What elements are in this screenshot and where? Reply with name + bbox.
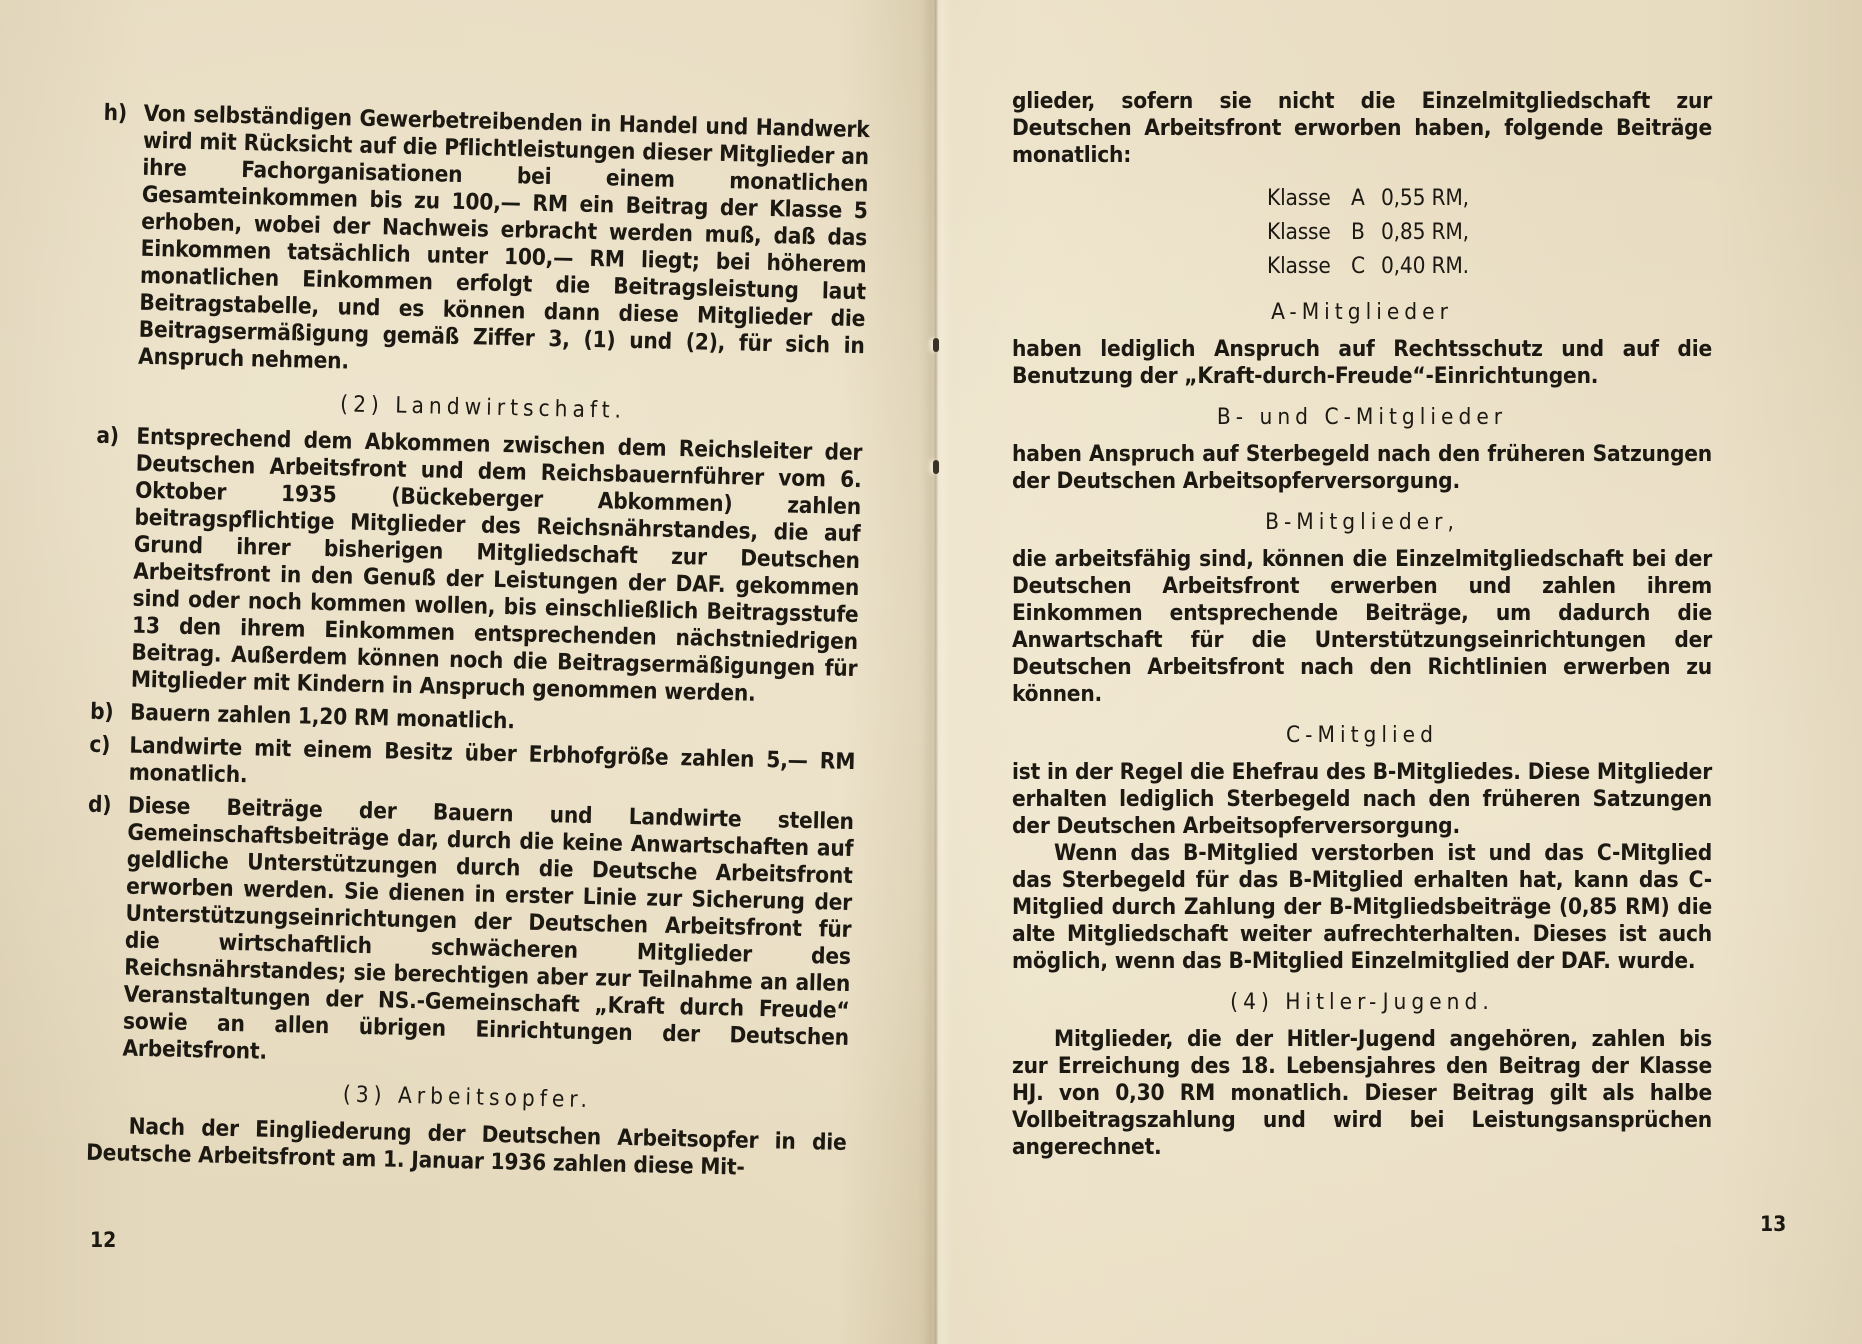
section-heading-b-mitglieder: B-Mitglieder, — [1012, 509, 1712, 536]
list-item-a: a) Entsprechend dem Abkommen zwischen de… — [97, 423, 863, 710]
section-heading-hitler-jugend: (4) Hitler-Jugend. — [1012, 989, 1712, 1016]
paragraph-bc-mitglieder: haben Anspruch auf Sterbegeld nach den f… — [1012, 441, 1712, 495]
fee-amount: 0,55 RM, — [1381, 185, 1501, 212]
item-text: Entsprechend dem Abkommen zwischen dem R… — [131, 424, 863, 707]
list-item-c: c) Landwirte mit einem Besitz über Erbho… — [94, 732, 855, 803]
item-text: Landwirte mit einem Besitz über Erbhofgr… — [128, 733, 855, 789]
fee-row: Klasse C 0,40 RM. — [1267, 249, 1712, 283]
paragraph-c-mitglied: ist in der Regel die Ehefrau des B-Mitgl… — [1012, 759, 1712, 840]
section-heading-bc-mitglieder: B- und C-Mitglieder — [1012, 404, 1712, 431]
fee-label: Klasse — [1267, 219, 1351, 246]
paragraph-c-mitglied-sterbegeld: Wenn das B-Mitglied verstorben ist und d… — [1012, 840, 1712, 975]
staple-icon — [933, 338, 939, 352]
fee-class: B — [1351, 219, 1381, 246]
paragraph-b-mitglieder: die arbeitsfähig sind, können die Einzel… — [1012, 546, 1712, 708]
left-page-text: h) Von selbständigen Gewerbetreibenden i… — [86, 100, 870, 1184]
booklet-spread: h) Von selbständigen Gewerbetreibenden i… — [0, 0, 1862, 1344]
paragraph-a-mitglieder: haben lediglich Anspruch auf Rechtsschut… — [1012, 336, 1712, 390]
section-heading-arbeitsopfer: (3) Arbeitsopfer. — [87, 1076, 847, 1120]
paragraph-hitler-jugend: Mitglieder, die der Hitler-Jugend angehö… — [1012, 1026, 1712, 1161]
item-text: Diese Beiträge der Bauern und Landwirte … — [122, 793, 854, 1065]
left-page: h) Von selbständigen Gewerbetreibenden i… — [0, 0, 930, 1344]
staple-icon — [933, 460, 939, 474]
right-page-text: glieder, sofern sie nicht die Einzelmitg… — [1012, 88, 1712, 1161]
fee-class: C — [1351, 253, 1381, 280]
item-text: Bauern zahlen 1,20 RM monatlich. — [130, 700, 515, 735]
fee-label: Klasse — [1267, 185, 1351, 212]
item-marker: h) — [103, 100, 127, 128]
list-item-h: h) Von selbständigen Gewerbetreibenden i… — [104, 100, 870, 387]
paragraph-continuation: glieder, sofern sie nicht die Einzelmitg… — [1012, 88, 1712, 169]
section-heading-landwirtschaft: (2) Landwirtschaft. — [103, 386, 863, 430]
item-marker: a) — [96, 423, 119, 451]
item-marker: b) — [90, 699, 114, 727]
page-number: 12 — [90, 1228, 116, 1252]
fee-amount: 0,85 RM, — [1381, 219, 1501, 246]
paragraph-arbeitsopfer: Nach der Eingliederung der Deutschen Arb… — [86, 1113, 847, 1184]
fee-row: Klasse B 0,85 RM, — [1267, 215, 1712, 249]
right-page: glieder, sofern sie nicht die Einzelmitg… — [940, 0, 1862, 1344]
list-item-d: d) Diese Beiträge der Bauern und Landwir… — [88, 792, 854, 1079]
item-marker: c) — [89, 732, 110, 759]
fee-table: Klasse A 0,55 RM, Klasse B 0,85 RM, Klas… — [1267, 181, 1712, 283]
fee-class: A — [1351, 185, 1381, 212]
fee-amount: 0,40 RM. — [1381, 253, 1501, 280]
fee-label: Klasse — [1267, 253, 1351, 280]
section-heading-a-mitglieder: A-Mitglieder — [1012, 299, 1712, 326]
fee-row: Klasse A 0,55 RM, — [1267, 181, 1712, 215]
section-heading-c-mitglied: C-Mitglied — [1012, 722, 1712, 749]
page-number: 13 — [1760, 1212, 1786, 1236]
item-marker: d) — [88, 792, 112, 820]
item-text: Von selbständigen Gewerbetreibenden in H… — [138, 101, 870, 375]
